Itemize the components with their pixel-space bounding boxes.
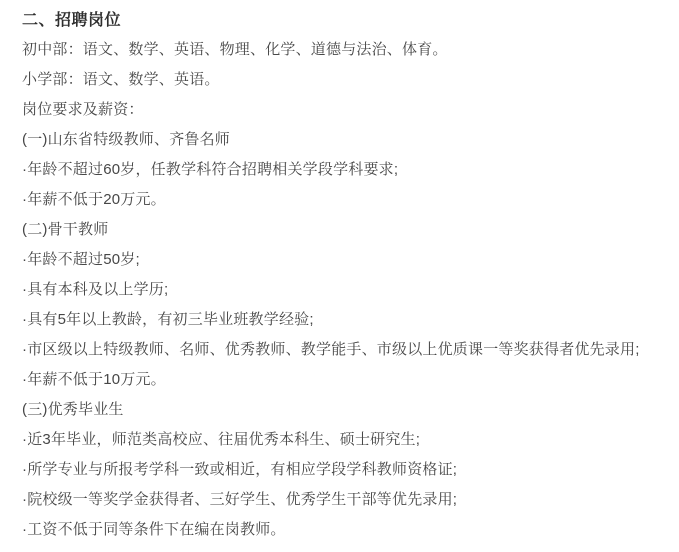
bullet-salary-equal-to-staff: ·工资不低于同等条件下在编在岗教师。 — [22, 522, 659, 538]
bullet-scholarship-priority: ·院校级一等奖学金获得者、三好学生、优秀学生干部等优先录用; — [22, 492, 659, 508]
paragraph-junior-section-subjects: 初中部：语文、数学、英语、物理、化学、道德与法治、体育。 — [22, 42, 659, 58]
subheading-category-2-backbone-teachers: (二)骨干教师 — [22, 222, 659, 238]
bullet-bachelor-degree: ·具有本科及以上学历; — [22, 282, 659, 298]
subheading-category-3-outstanding-graduates: (三)优秀毕业生 — [22, 402, 659, 418]
subheading-category-1-special-teachers: (一)山东省特级教师、齐鲁名师 — [22, 132, 659, 148]
bullet-salary-200k: ·年薪不低于20万元。 — [22, 192, 659, 208]
recruitment-notice-document: 二、招聘岗位 初中部：语文、数学、英语、物理、化学、道德与法治、体育。 小学部：… — [0, 0, 679, 538]
section-heading: 二、招聘岗位 — [22, 12, 659, 30]
bullet-teaching-experience: ·具有5年以上教龄，有初三毕业班教学经验; — [22, 312, 659, 328]
paragraph-primary-section-subjects: 小学部：语文、数学、英语。 — [22, 72, 659, 88]
bullet-award-priority: ·市区级以上特级教师、名师、优秀教师、教学能手、市级以上优质课一等奖获得者优先录… — [22, 342, 659, 358]
bullet-major-match-certificate: ·所学专业与所报考学科一致或相近，有相应学段学科教师资格证; — [22, 462, 659, 478]
bullet-salary-100k: ·年薪不低于10万元。 — [22, 372, 659, 388]
paragraph-requirements-salary-label: 岗位要求及薪资： — [22, 102, 659, 118]
bullet-recent-graduates: ·近3年毕业，师范类高校应、往届优秀本科生、硕士研究生; — [22, 432, 659, 448]
bullet-age-limit-50: ·年龄不超过50岁; — [22, 252, 659, 268]
bullet-age-limit-60: ·年龄不超过60岁，任教学科符合招聘相关学段学科要求; — [22, 162, 659, 178]
